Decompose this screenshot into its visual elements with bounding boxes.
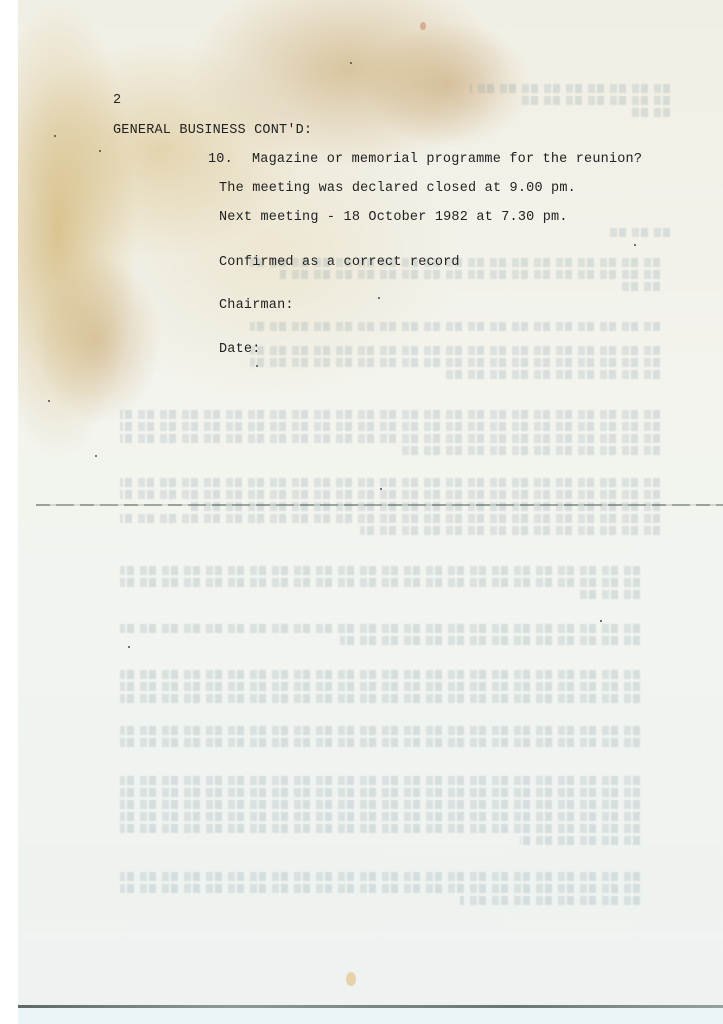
speck: [95, 455, 97, 457]
agenda-item: 10.Magazine or memorial programme for th…: [208, 152, 642, 167]
stain-spot: [420, 22, 426, 30]
speck: [99, 150, 101, 152]
speck: [128, 646, 130, 648]
speck: [48, 400, 50, 402]
stain-spot: [346, 972, 356, 986]
scanner-background: [18, 1008, 723, 1024]
bleed-block: [120, 410, 660, 458]
speck: [350, 62, 352, 64]
bleed-block: [120, 726, 640, 750]
bleed-block: [120, 478, 660, 538]
agenda-item-text: Magazine or memorial programme for the r…: [252, 152, 642, 167]
chairman-signature-label: Chairman:: [219, 298, 294, 313]
speck: [634, 244, 636, 246]
bleed-block: [120, 624, 640, 648]
confirmation-statement: Confirmed as a correct record: [219, 255, 460, 270]
next-meeting: Next meeting - 18 October 1982 at 7.30 p…: [219, 210, 568, 225]
paper-fold-crease: [36, 504, 723, 506]
speck: [378, 297, 380, 299]
agenda-item-number: 10.: [208, 152, 252, 167]
closing-statement: The meeting was declared closed at 9.00 …: [219, 181, 576, 196]
bleed-block: [120, 566, 640, 602]
bleed-block: [120, 776, 640, 848]
speck: [256, 365, 258, 367]
bleed-block: [470, 84, 670, 120]
date-signature-label: Date:: [219, 342, 261, 357]
bleed-block: [120, 670, 640, 706]
scan-margin: [0, 0, 18, 1024]
section-heading: GENERAL BUSINESS CONT'D:: [113, 123, 312, 138]
bleed-block: [250, 322, 660, 334]
page-number: 2: [113, 93, 121, 108]
bleed-block: [470, 228, 670, 240]
speck: [54, 135, 56, 137]
speck: [380, 488, 382, 490]
speck: [600, 620, 602, 622]
bleed-block: [120, 872, 640, 908]
bleed-block: [250, 346, 660, 382]
